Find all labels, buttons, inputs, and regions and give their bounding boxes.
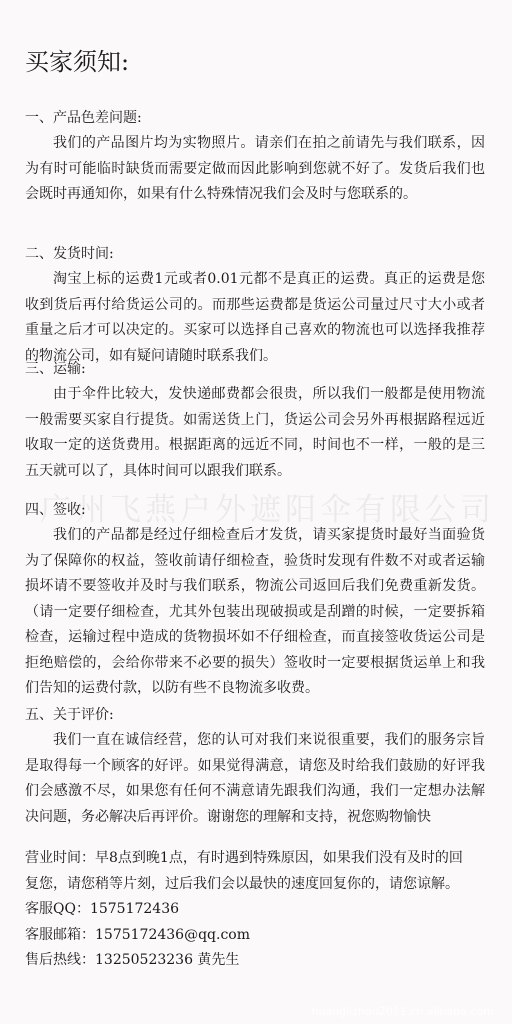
section-heading: 三、运输: bbox=[25, 359, 485, 380]
business-hours-line1: 营业时间：早8点到晚1点，有时遇到特殊原因，如果我们没有及时的回 bbox=[25, 846, 495, 872]
site-watermark: huangjizhou2011.cn.alibaba.com bbox=[312, 1005, 495, 1018]
section-heading: 四、签收: bbox=[25, 500, 485, 521]
section-body: 我们的产品图片均为实物照片。请亲们在拍之前请先与我们联系，因为有时可能临时缺货而… bbox=[25, 131, 485, 208]
customer-service-qq: 客服QQ：1575172436 bbox=[25, 897, 495, 923]
section-body: 我们的产品都是经过仔细检查后才发货，请买家提货时最好当面验货为了保障你的权益，签… bbox=[25, 523, 485, 702]
section-body: 我们一直在诚信经营，您的认可对我们来说很重要，我们的服务宗旨是取得每一个顾客的好… bbox=[25, 728, 485, 830]
after-sales-hotline: 售后热线：13250523236 黄先生 bbox=[25, 948, 495, 974]
section-heading: 五、关于评价: bbox=[25, 705, 485, 726]
section-transport: 三、运输: 由于伞件比较大，发快递邮费都会很贵，所以我们一般都是使用物流一般需要… bbox=[25, 359, 485, 484]
customer-service-email: 客服邮箱：1575172436@qq.com bbox=[25, 923, 495, 949]
section-body: 淘宝上标的运费1元或者0.01元都不是真正的运费。真正的运费是您收到货后再付给货… bbox=[25, 267, 485, 369]
section-heading: 一、产品色差问题: bbox=[25, 108, 485, 129]
section-color-difference: 一、产品色差问题: 我们的产品图片均为实物照片。请亲们在拍之前请先与我们联系，因… bbox=[25, 108, 485, 208]
section-shipping-time: 二、发货时间: 淘宝上标的运费1元或者0.01元都不是真正的运费。真正的运费是您… bbox=[25, 244, 485, 369]
page-title: 买家须知: bbox=[25, 44, 129, 80]
section-heading: 二、发货时间: bbox=[25, 244, 485, 265]
contact-info: 营业时间：早8点到晚1点，有时遇到特殊原因，如果我们没有及时的回 复您，请您稍等… bbox=[25, 846, 495, 974]
business-hours-line2: 复您，请您稍等片刻，过后我们会以最快的速度回复你的，请您谅解。 bbox=[25, 872, 495, 898]
section-reviews: 五、关于评价: 我们一直在诚信经营，您的认可对我们来说很重要，我们的服务宗旨是取… bbox=[25, 705, 485, 830]
section-body: 由于伞件比较大，发快递邮费都会很贵，所以我们一般都是使用物流一般需要买家自行提货… bbox=[25, 382, 485, 484]
section-sign-receipt: 四、签收: 我们的产品都是经过仔细检查后才发货，请买家提货时最好当面验货为了保障… bbox=[25, 500, 485, 702]
